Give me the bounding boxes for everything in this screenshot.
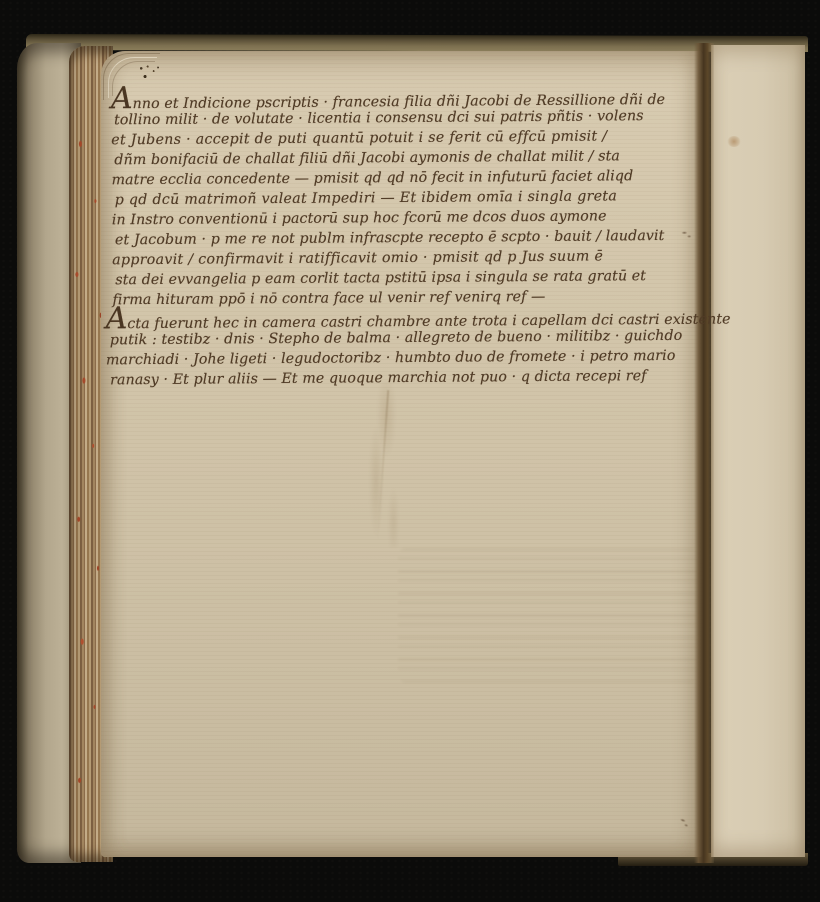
rust-stain <box>727 136 741 147</box>
entry-paragraph-act: Anno et Indicione pscriptis · francesia … <box>111 86 699 311</box>
ink-show-through <box>398 548 698 683</box>
ink-speckle-mark <box>136 63 162 81</box>
entry-paragraph-actum: Acta fuerunt hec in camera castri chambr… <box>106 306 700 391</box>
facing-page-edge <box>711 45 805 857</box>
book-cover-top-edge <box>26 34 808 52</box>
manuscript-text: Anno et Indicione pscriptis · francesia … <box>111 86 699 391</box>
manuscript-photo: Anno et Indicione pscriptis · francesia … <box>0 0 820 902</box>
